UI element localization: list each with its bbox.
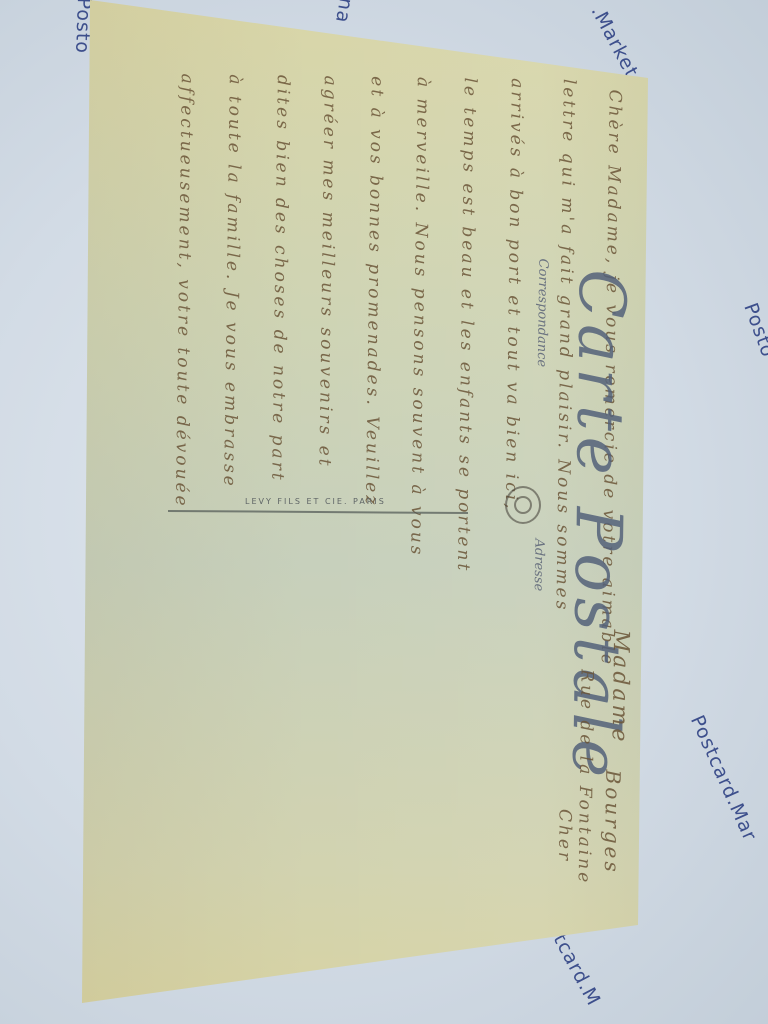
handwriting-line: à toute la famille. Je vous embrasse bbox=[219, 74, 245, 489]
address-label: Adresse bbox=[531, 538, 547, 591]
watermark-text: tcard.M bbox=[549, 930, 605, 1010]
handwriting-line: arrivés à bon port et tout va bien ici, bbox=[501, 78, 527, 512]
watermark-text: Postcard.Mar bbox=[686, 712, 761, 845]
handwriting-line: dites bien des choses de notre part bbox=[267, 75, 293, 483]
address-line: Rue de la Fontaine bbox=[574, 669, 597, 885]
watermark-text: Posto bbox=[739, 300, 768, 361]
handwriting-line: affectueusement, votre toute dévouée bbox=[171, 73, 197, 508]
watermark-text: .Market bbox=[587, 2, 643, 82]
address-line: Bourges bbox=[600, 769, 625, 874]
postcard: Chère Madame, je vous remercie de votre … bbox=[0, 0, 768, 1024]
address-line: Madame bbox=[607, 630, 634, 745]
printer-imprint: LEVY FILS ET CIE. PARIS bbox=[245, 497, 386, 506]
handwriting-line: agréer mes meilleurs souvenirs et bbox=[314, 75, 339, 468]
correspondence-label: Correspondance bbox=[534, 258, 551, 367]
address-line: Cher bbox=[554, 809, 575, 863]
handwriting-line: et à vos bonnes promenades. Veuillez bbox=[361, 76, 387, 507]
stamp-mark-icon bbox=[505, 486, 541, 524]
watermark-text: na bbox=[331, 0, 357, 25]
handwriting-line: le temps est beau et les enfants se port… bbox=[453, 77, 480, 573]
handwriting-line: à merveille. Nous pensons souvent à vous bbox=[406, 77, 433, 558]
